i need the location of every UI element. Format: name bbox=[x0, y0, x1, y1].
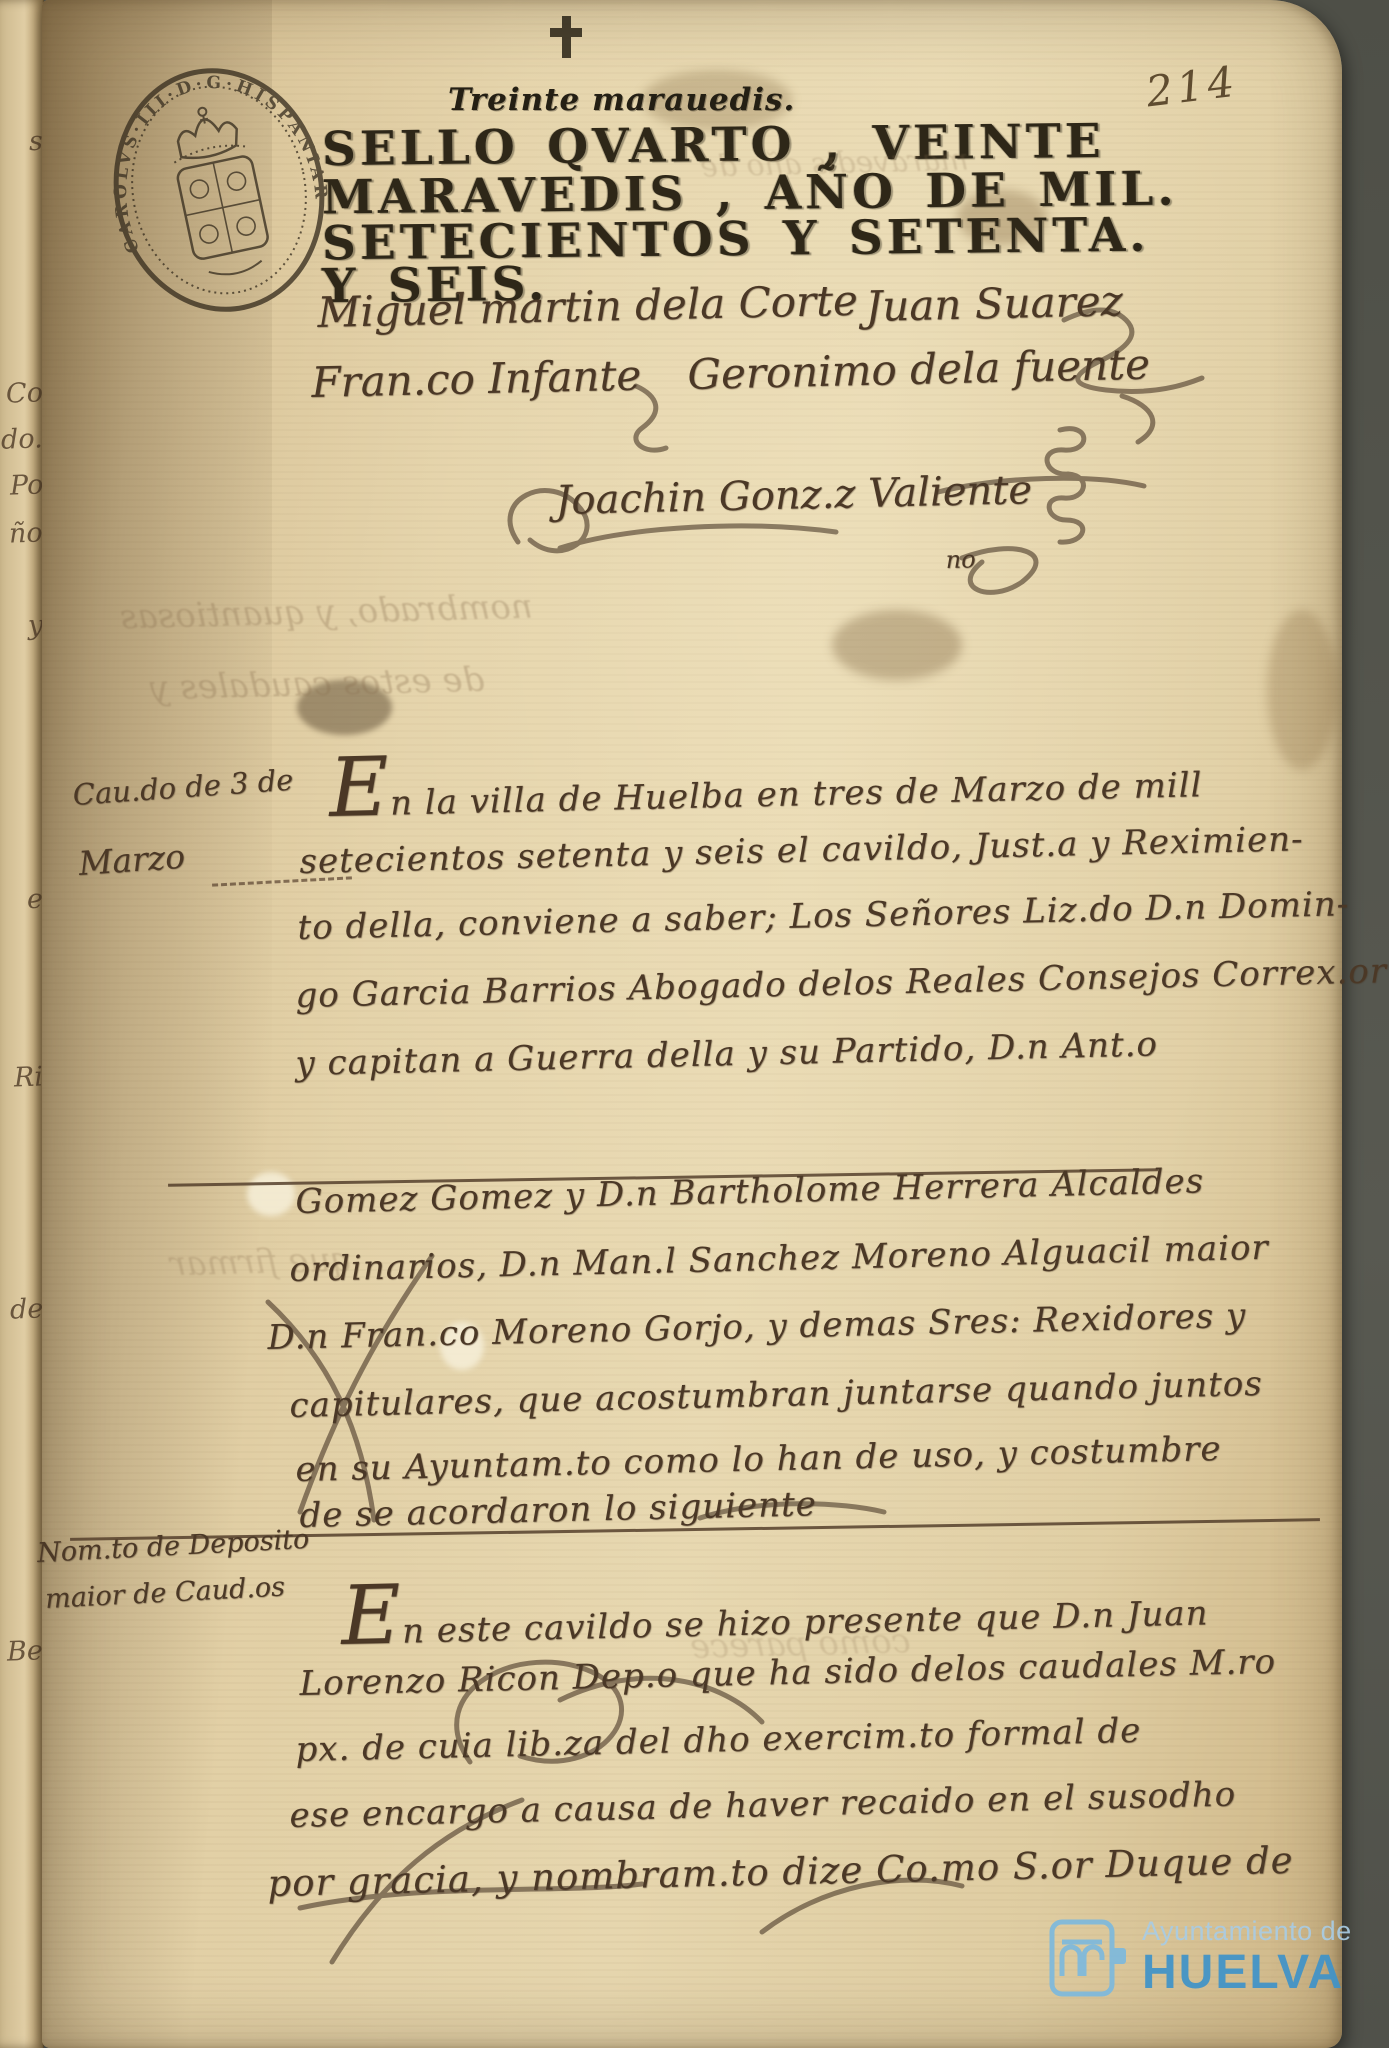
margin-note-cabildo-date: Marzo bbox=[77, 837, 186, 883]
facing-text-fragment: Po bbox=[9, 469, 43, 501]
facing-text-fragment: Ri bbox=[13, 1062, 43, 1094]
facing-text-fragment: e bbox=[26, 884, 43, 916]
signature-name: Fran.co Infante bbox=[311, 351, 642, 407]
huelva-emblem-icon bbox=[1048, 1918, 1128, 1998]
watermark-city: HUELVA bbox=[1142, 1949, 1352, 1997]
ink-stain bbox=[832, 610, 962, 680]
signature-name: Juan Suarez bbox=[865, 276, 1123, 331]
archive-watermark: Ayuntamiento de HUELVA bbox=[1048, 1918, 1352, 1998]
rubric-abbreviation: no bbox=[945, 545, 976, 574]
watermark-institution: Ayuntamiento de bbox=[1142, 1918, 1352, 1945]
binding-gutter-shadow bbox=[42, 0, 272, 2048]
facing-text-fragment: de bbox=[9, 1293, 43, 1325]
facing-page-edge: s Co do. Po ño y e Ri de Be bbox=[0, 0, 44, 2048]
manuscript-scan: s Co do. Po ño y e Ri de Be 214 Treinte … bbox=[0, 0, 1389, 2048]
signature-name: Geronimo dela fuente bbox=[687, 340, 1151, 399]
facing-text-fragment: ño bbox=[9, 517, 44, 549]
paper-repair-patch bbox=[247, 1172, 295, 1216]
facing-text-fragment: Be bbox=[7, 1635, 44, 1667]
ink-stain bbox=[1267, 610, 1337, 770]
tax-value-line: Treinte marauedis. bbox=[448, 82, 795, 118]
facing-text-fragment: Co bbox=[6, 377, 44, 409]
facing-text-fragment: do. bbox=[1, 423, 44, 455]
bleedthrough-text: maravedis año de bbox=[700, 142, 970, 184]
maltese-cross-icon bbox=[548, 16, 584, 58]
